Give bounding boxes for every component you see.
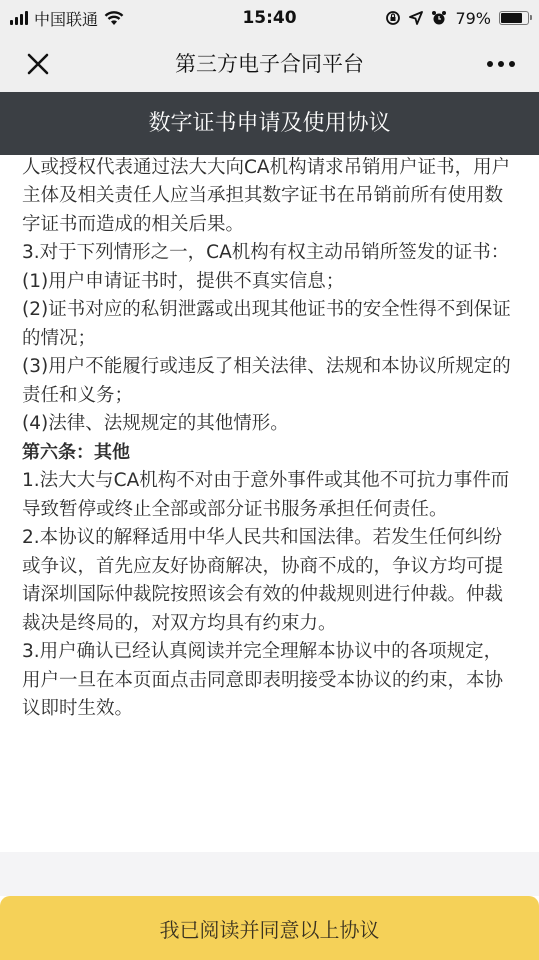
status-right: 79% — [385, 0, 529, 36]
agreement-scroll-area[interactable]: …用户主体及相关责任人应当承担其数字证书在吊销前所… 人或授权代表通过法大大向C… — [0, 155, 539, 852]
nav-bar: 第三方电子合同平台 — [0, 36, 539, 92]
agree-button[interactable]: 我已阅读并同意以上协议 — [0, 896, 539, 960]
paragraph: 3.用户确认已经认真阅读并完全理解本协议中的各项规定，用户一旦在本页面点击同意即… — [22, 638, 517, 724]
close-icon — [27, 53, 49, 75]
paragraph: (1)用户申请证书时，提供不真实信息； — [22, 268, 517, 297]
more-icon-dot — [498, 61, 504, 67]
paragraph: (3)用户不能履行或违反了相关法律、法规和本协议所规定的责任和义务； — [22, 353, 517, 410]
carrier-label: 中国联通 — [34, 7, 98, 30]
close-button[interactable] — [22, 48, 54, 80]
location-icon — [409, 11, 423, 25]
signal-icon — [10, 11, 28, 25]
more-button[interactable] — [481, 50, 521, 78]
more-icon-dot — [487, 61, 493, 67]
paragraph: (2)证书对应的私钥泄露或出现其他证书的安全性得不到保证的情况； — [22, 296, 517, 353]
page-title: 第三方电子合同平台 — [0, 36, 539, 92]
document-title: 数字证书申请及使用协议 — [0, 92, 539, 155]
section-title: 第六条：其他 — [22, 439, 517, 468]
status-left: 中国联通 — [10, 0, 124, 36]
paragraph: 人或授权代表通过法大大向CA机构请求吊销用户证书，用户主体及相关责任人应当承担其… — [22, 155, 517, 239]
paragraph: 3.对于下列情形之一，CA机构有权主动吊销所签发的证书： — [22, 239, 517, 268]
alarm-icon — [431, 10, 447, 26]
footer-spacer — [0, 852, 539, 896]
paragraph: 2.本协议的解释适用中华人民共和国法律。若发生任何纠纷或争议，首先应友好协商解决… — [22, 524, 517, 638]
paragraph: (4)法律、法规规定的其他情形。 — [22, 410, 517, 439]
wifi-icon — [104, 10, 124, 26]
paragraph: 1.法大大与CA机构不对由于意外事件或其他不可抗力事件而导致暂停或终止全部或部分… — [22, 467, 517, 524]
battery-percent: 79% — [455, 9, 491, 28]
battery-icon — [499, 11, 529, 25]
status-bar: 中国联通 15:40 79% — [0, 0, 539, 36]
rotation-lock-icon — [385, 10, 401, 26]
more-icon-dot — [509, 61, 515, 67]
agreement-text: …用户主体及相关责任人应当承担其数字证书在吊销前所… 人或授权代表通过法大大向C… — [22, 155, 517, 724]
